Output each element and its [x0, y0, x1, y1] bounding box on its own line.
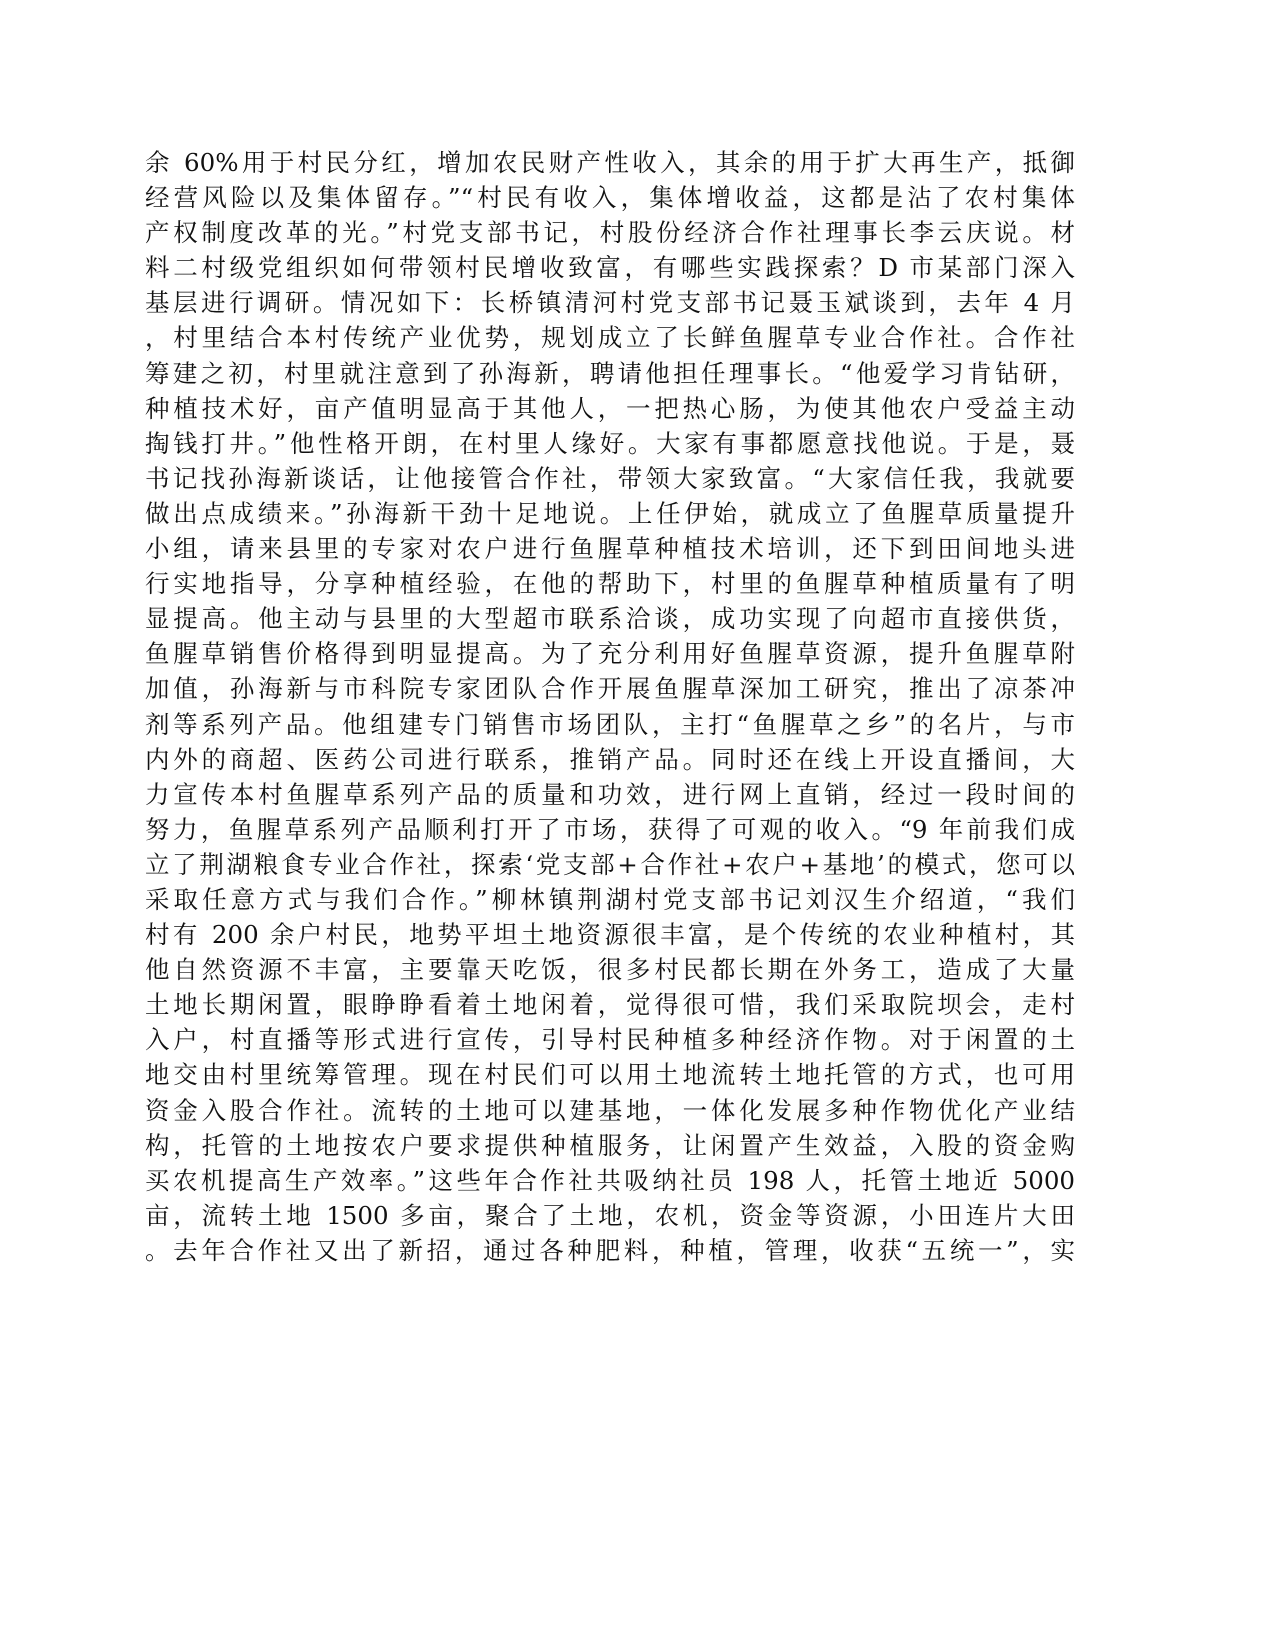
text-line: 行实地指导，分享种植经验，在他的帮助下，村里的鱼腥草种植质量有了明 — [145, 566, 1075, 601]
text-line: 产权制度改革的光。”村党支部书记，村股份经济合作社理事长李云庆说。材 — [145, 215, 1075, 250]
text-line: 采取任意方式与我们合作。”柳林镇荆湖村党支部书记刘汉生介绍道，“我们 — [145, 882, 1075, 917]
text-line: 构，托管的土地按农户要求提供种植服务，让闲置产生效益，入股的资金购 — [145, 1128, 1075, 1163]
text-line: 村有 200 余户村民，地势平坦土地资源很丰富，是个传统的农业种植村，其 — [145, 917, 1075, 952]
text-line: 鱼腥草销售价格得到明显提高。为了充分利用好鱼腥草资源，提升鱼腥草附 — [145, 636, 1075, 671]
text-line: ，村里结合本村传统产业优势，规划成立了长鲜鱼腥草专业合作社。合作社 — [145, 320, 1075, 355]
text-line: 地交由村里统筹管理。现在村民们可以用土地流转土地托管的方式，也可用 — [145, 1057, 1075, 1092]
text-line: 掏钱打井。”他性格开朗，在村里人缘好。大家有事都愿意找他说。于是，聂 — [145, 426, 1075, 461]
text-line: 亩，流转土地 1500 多亩，聚合了土地，农机，资金等资源，小田连片大田 — [145, 1198, 1075, 1233]
text-line: 内外的商超、医药公司进行联系，推销产品。同时还在线上开设直播间，大 — [145, 742, 1075, 777]
text-line: 剂等系列产品。他组建专门销售市场团队，主打“鱼腥草之乡”的名片，与市 — [145, 707, 1075, 742]
text-line: 土地长期闲置，眼睁睁看着土地闲着，觉得很可惜，我们采取院坝会，走村 — [145, 987, 1075, 1022]
text-line: 经营风险以及集体留存。”“村民有收入，集体增收益，这都是沾了农村集体 — [145, 180, 1075, 215]
text-line: 显提高。他主动与县里的大型超市联系洽谈，成功实现了向超市直接供货， — [145, 601, 1075, 636]
text-line: 力宣传本村鱼腥草系列产品的质量和功效，进行网上直销，经过一段时间的 — [145, 777, 1075, 812]
text-line: 他自然资源不丰富，主要靠天吃饭，很多村民都长期在外务工，造成了大量 — [145, 952, 1075, 987]
text-line: 入户，村直播等形式进行宣传，引导村民种植多种经济作物。对于闲置的土 — [145, 1022, 1075, 1057]
text-line: 加值，孙海新与市科院专家团队合作开展鱼腥草深加工研究，推出了凉茶冲 — [145, 671, 1075, 706]
text-line: 买农机提高生产效率。”这些年合作社共吸纳社员 198 人，托管土地近 5000 — [145, 1163, 1075, 1198]
text-line: 立了荆湖粮食专业合作社，探索‘党支部+合作社+农户+基地’的模式，您可以 — [145, 847, 1075, 882]
document-page: 余 60%用于村民分红，增加农民财产性收入，其余的用于扩大再生产，抵御 经营风险… — [145, 145, 1075, 1268]
text-line: 努力，鱼腥草系列产品顺利打开了市场，获得了可观的收入。“9 年前我们成 — [145, 812, 1075, 847]
text-line: 资金入股合作社。流转的土地可以建基地，一体化发展多种作物优化产业结 — [145, 1093, 1075, 1128]
text-line: 书记找孙海新谈话，让他接管合作社，带领大家致富。“大家信任我，我就要 — [145, 461, 1075, 496]
text-line: 料二村级党组织如何带领村民增收致富，有哪些实践探索？D 市某部门深入 — [145, 250, 1075, 285]
text-line: 种植技术好，亩产值明显高于其他人，一把热心肠，为使其他农户受益主动 — [145, 391, 1075, 426]
text-line: 筹建之初，村里就注意到了孙海新，聘请他担任理事长。“他爱学习肯钻研， — [145, 356, 1075, 391]
text-line: 基层进行调研。情况如下：长桥镇清河村党支部书记聂玉斌谈到，去年 4 月 — [145, 285, 1075, 320]
text-line: 余 60%用于村民分红，增加农民财产性收入，其余的用于扩大再生产，抵御 — [145, 145, 1075, 180]
text-line: 小组，请来县里的专家对农户进行鱼腥草种植技术培训，还下到田间地头进 — [145, 531, 1075, 566]
text-line: 做出点成绩来。”孙海新干劲十足地说。上任伊始，就成立了鱼腥草质量提升 — [145, 496, 1075, 531]
text-line: 。去年合作社又出了新招，通过各种肥料，种植，管理，收获“五统一”，实 — [145, 1233, 1075, 1268]
